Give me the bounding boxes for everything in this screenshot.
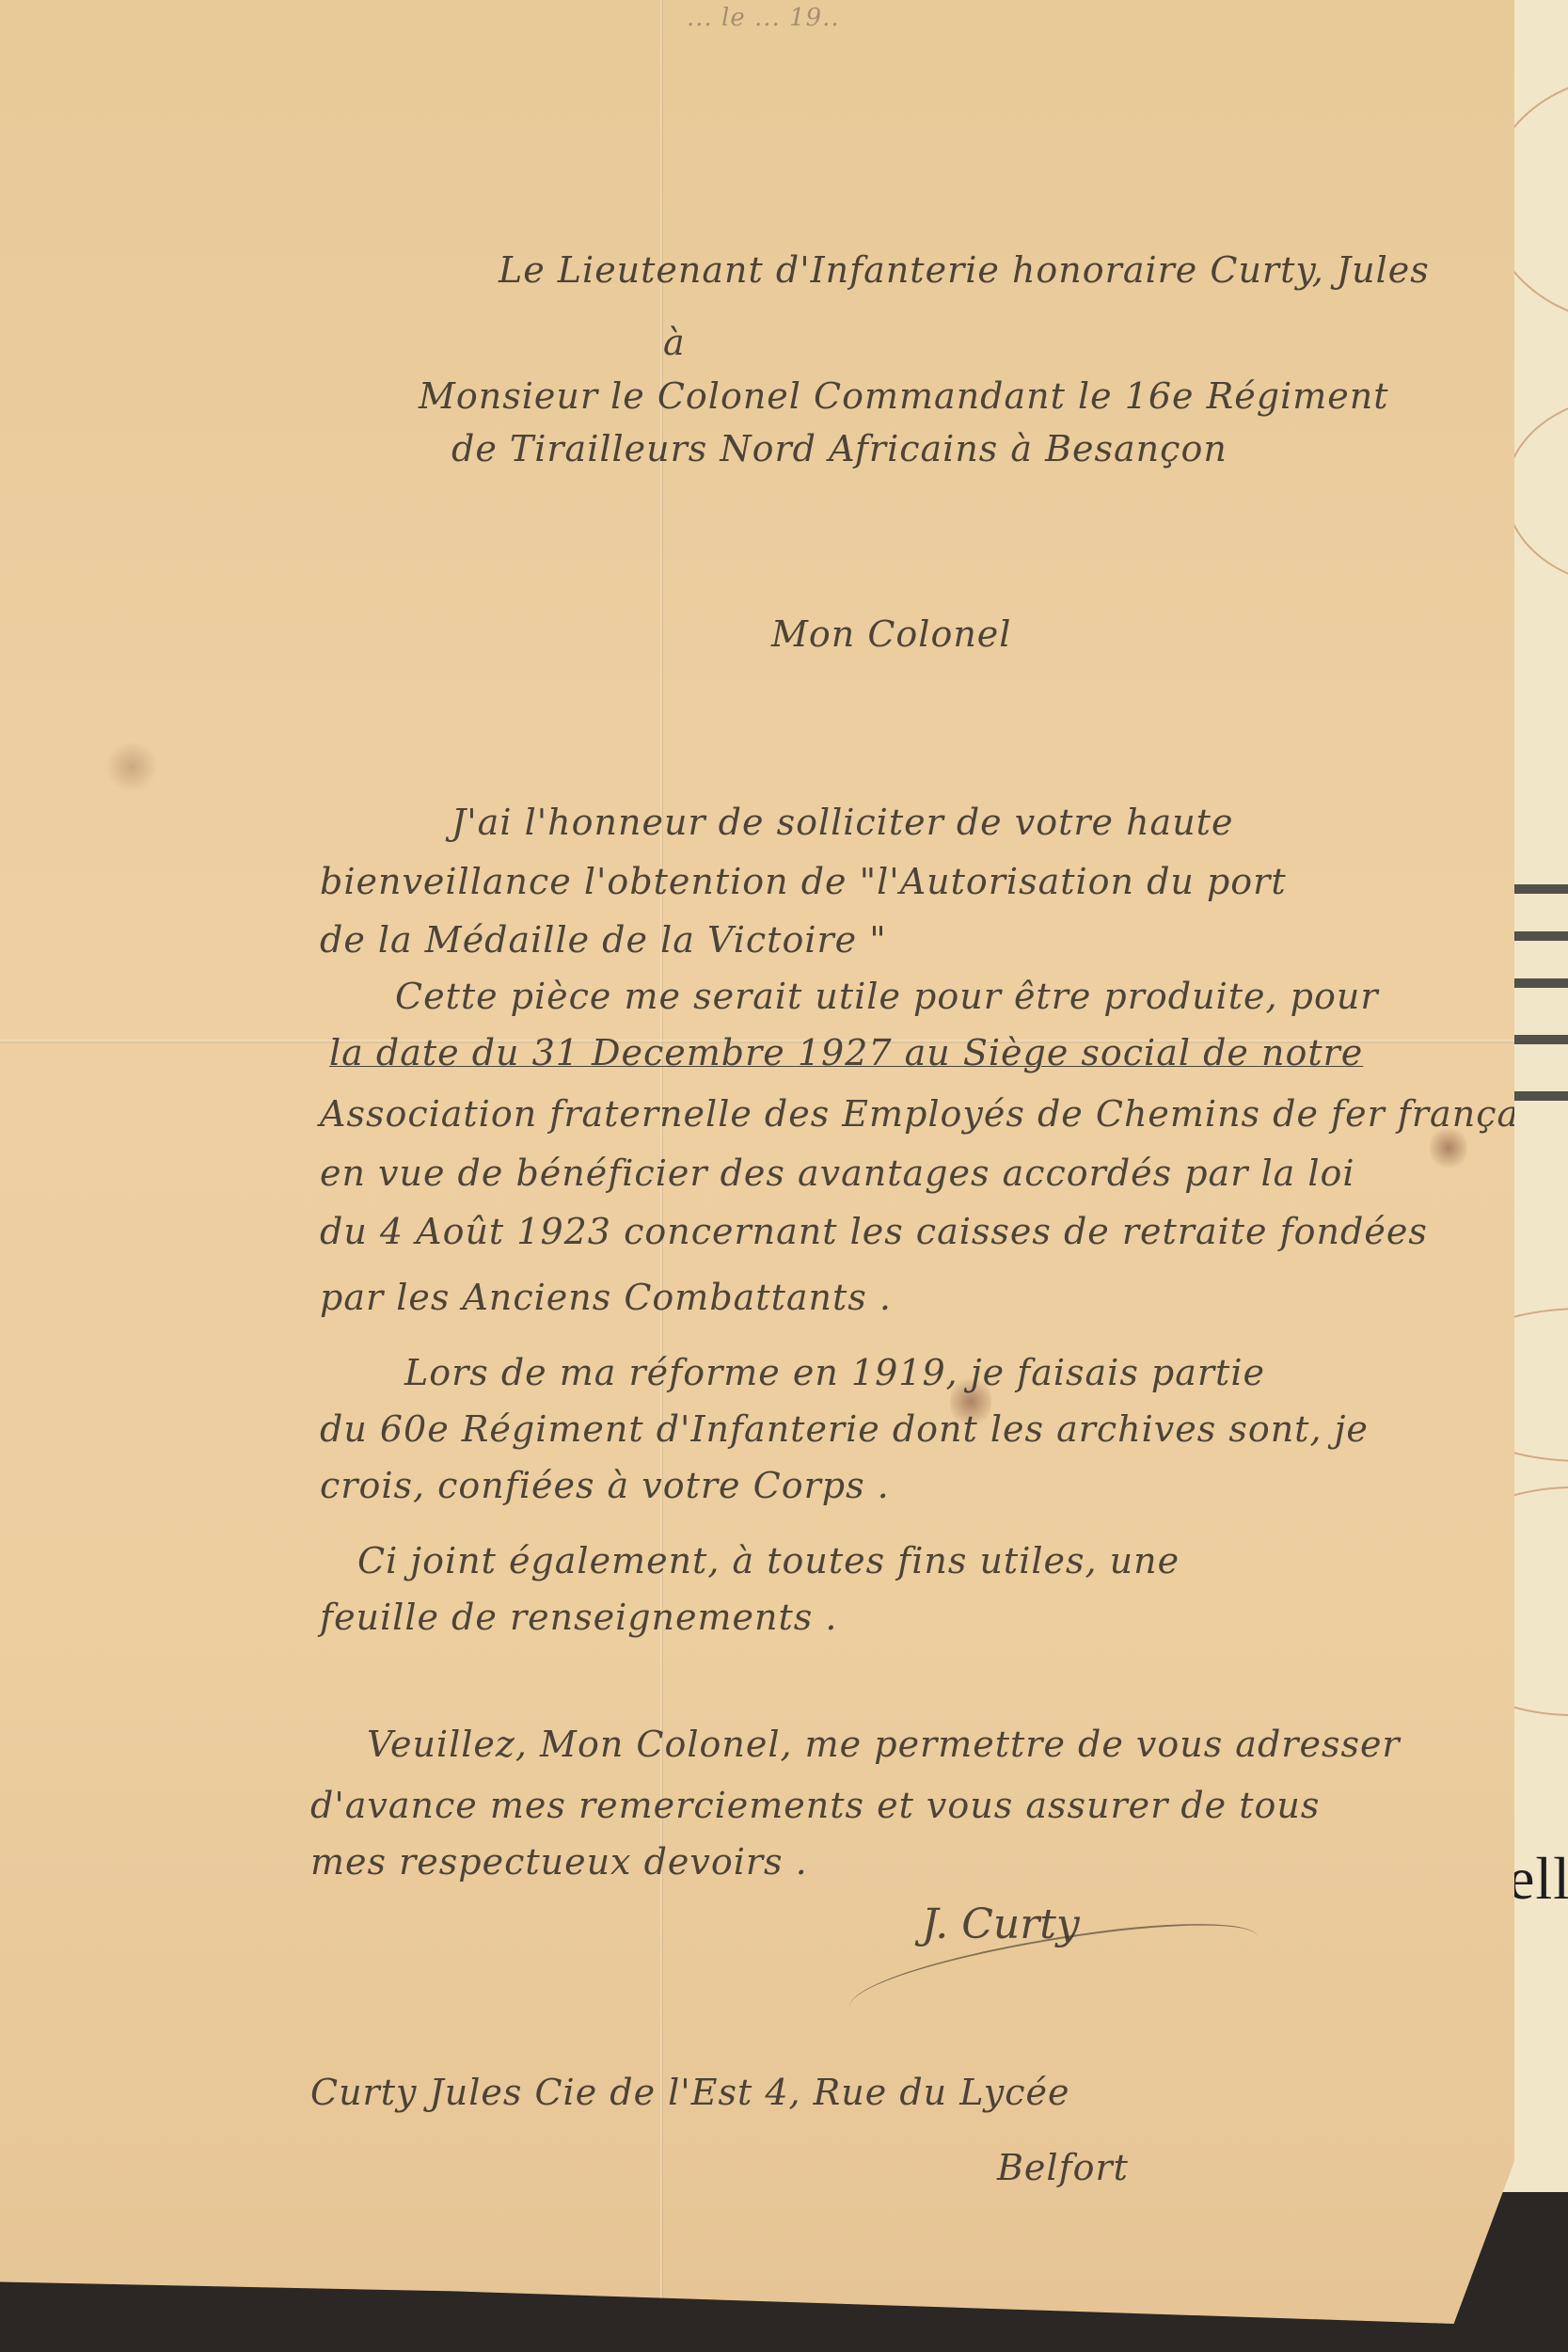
body-line: de la Médaille de la Victoire " [320,922,887,958]
body-line: Lors de ma réforme en 1919, je faisais p… [404,1355,1265,1391]
body-line: du 4 Août 1923 concernant les caisses de… [320,1214,1428,1249]
body-line: crois, confiées à votre Corps . [320,1468,890,1503]
sender-line: Le Lieutenant d'Infanterie honoraire Cur… [499,252,1430,288]
body-line: Veuillez, Mon Colonel, me permettre de v… [367,1726,1401,1762]
body-line: J'ai l'honneur de solliciter de votre ha… [451,804,1233,840]
address-line-1: Curty Jules Cie de l'Est 4, Rue du Lycée [310,2074,1070,2110]
recipient-line-2: de Tirailleurs Nord Africains à Besançon [451,431,1227,467]
body-line: par les Anciens Combattants . [320,1279,892,1315]
body-line: Association fraternelle des Employés de … [320,1096,1551,1132]
body-line: bienveillance l'obtention de "l'Autorisa… [320,864,1287,899]
address-line-2: Belfort [997,2150,1129,2185]
letter-paper: ... le ... 19.. Le Lieutenant d'Infanter… [0,0,1514,2324]
body-line: la date du 31 Decembre 1927 au Siège soc… [329,1035,1363,1071]
body-line: Cette pièce me serait utile pour être pr… [395,978,1379,1014]
map-contour-line [1505,395,1568,587]
body-line: mes respectueux devoirs . [310,1844,808,1880]
salutation: Mon Colonel [771,616,1011,652]
top-note: ... le ... 19.. [687,6,840,30]
body-line: feuille de renseignements . [320,1599,837,1635]
ink-stain [103,743,160,790]
body-line: du 60e Régiment d'Infanterie dont les ar… [320,1411,1369,1447]
body-line: d'avance mes remerciements et vous assur… [310,1788,1320,1823]
recipient-line-1: Monsieur le Colonel Commandant le 16e Ré… [419,378,1388,414]
body-line: en vue de bénéficier des avantages accor… [320,1155,1355,1191]
body-line: Ci joint également, à toutes fins utiles… [357,1543,1180,1579]
to-line: à [663,325,686,360]
